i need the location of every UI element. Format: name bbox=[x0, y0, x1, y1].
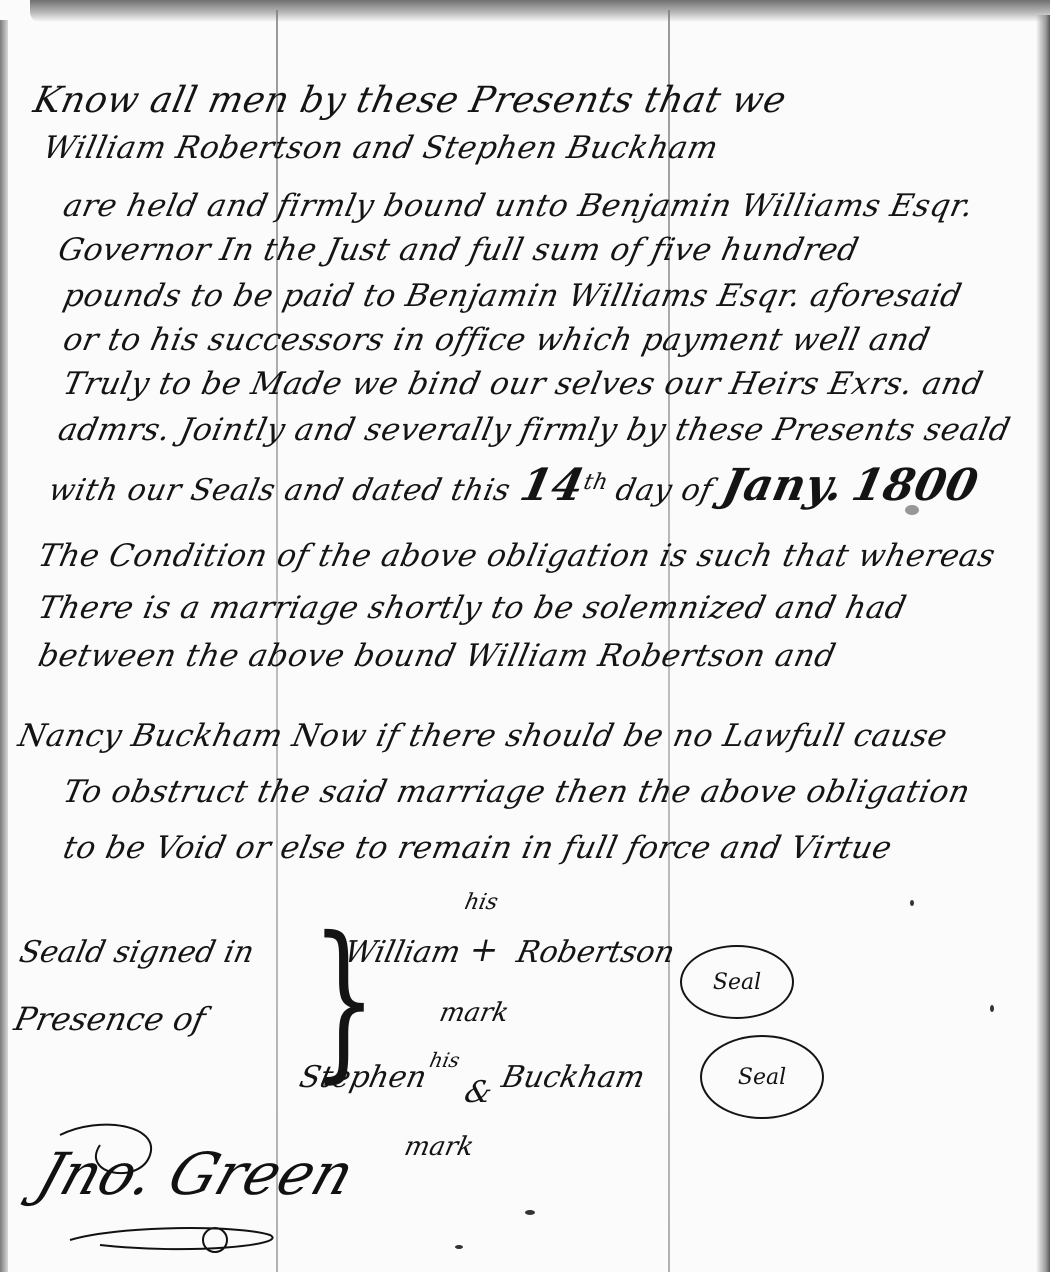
mark-label: mark bbox=[437, 998, 512, 1028]
body-line: Governor In the Just and full sum of fiv… bbox=[55, 232, 862, 268]
wax-seal-icon: Seal bbox=[680, 945, 794, 1019]
condition-line: There is a marriage shortly to be solemn… bbox=[35, 590, 910, 626]
attestation-line-1: Seald signed in bbox=[16, 935, 257, 970]
body-line: pounds to be paid to Benjamin Williams E… bbox=[60, 278, 965, 314]
ink-speck bbox=[525, 1210, 535, 1215]
wax-seal-icon: Seal bbox=[700, 1035, 824, 1119]
signatory-last-name: Buckham bbox=[499, 1060, 648, 1095]
body-line: are held and firmly bound unto Benjamin … bbox=[60, 188, 977, 224]
body-line: admrs. Jointly and severally firmly by t… bbox=[55, 412, 1014, 448]
body-line: William Robertson and Stephen Buckham bbox=[40, 130, 722, 166]
ink-speck bbox=[455, 1245, 463, 1249]
body-line: Truly to be Made we bind our selves our … bbox=[60, 366, 986, 402]
mark-label: mark bbox=[402, 1132, 477, 1162]
date-day-suffix: th bbox=[581, 470, 610, 495]
seal-label: Seal bbox=[738, 1065, 786, 1090]
date-line: with our Seals and dated this 14th day o… bbox=[45, 460, 983, 511]
date-line-prefix: with our Seals and dated this bbox=[46, 473, 514, 508]
body-line: Know all men by these Presents that we bbox=[30, 80, 790, 121]
ink-speck bbox=[990, 1005, 994, 1012]
condition-line: Nancy Buckham Now if there should be no … bbox=[15, 718, 951, 754]
condition-line: to be Void or else to remain in full for… bbox=[60, 830, 895, 866]
ink-blot bbox=[905, 505, 919, 515]
document-page: Know all men by these Presents that we W… bbox=[0, 0, 1050, 1272]
signatory-first-name: William bbox=[341, 935, 463, 970]
paper-left-edge bbox=[0, 20, 8, 1272]
seal-label: Seal bbox=[713, 970, 761, 995]
ink-speck bbox=[910, 900, 914, 906]
signatory-william-robertson: William Robertson bbox=[341, 935, 677, 970]
paper-right-edge bbox=[1036, 15, 1050, 1272]
body-line: or to his successors in office which pay… bbox=[60, 322, 933, 358]
date-month: Jany. bbox=[718, 460, 848, 511]
signatory-last-name: Robertson bbox=[514, 935, 678, 970]
his-label: his bbox=[462, 890, 500, 915]
signatory-first-name: Stephen bbox=[296, 1060, 429, 1095]
paper-top-edge bbox=[30, 0, 1050, 22]
his-label: his bbox=[427, 1048, 462, 1072]
date-year: 1800 bbox=[847, 460, 982, 511]
date-day: 14 bbox=[516, 460, 589, 511]
attestation-line-2: Presence of bbox=[11, 1000, 209, 1038]
witness-signature: Jno. Green bbox=[29, 1140, 363, 1208]
condition-line: between the above bound William Robertso… bbox=[35, 638, 839, 674]
date-middle: day of bbox=[613, 473, 716, 508]
condition-line: The Condition of the above obligation is… bbox=[35, 538, 999, 574]
condition-line: To obstruct the said marriage then the a… bbox=[60, 774, 973, 810]
